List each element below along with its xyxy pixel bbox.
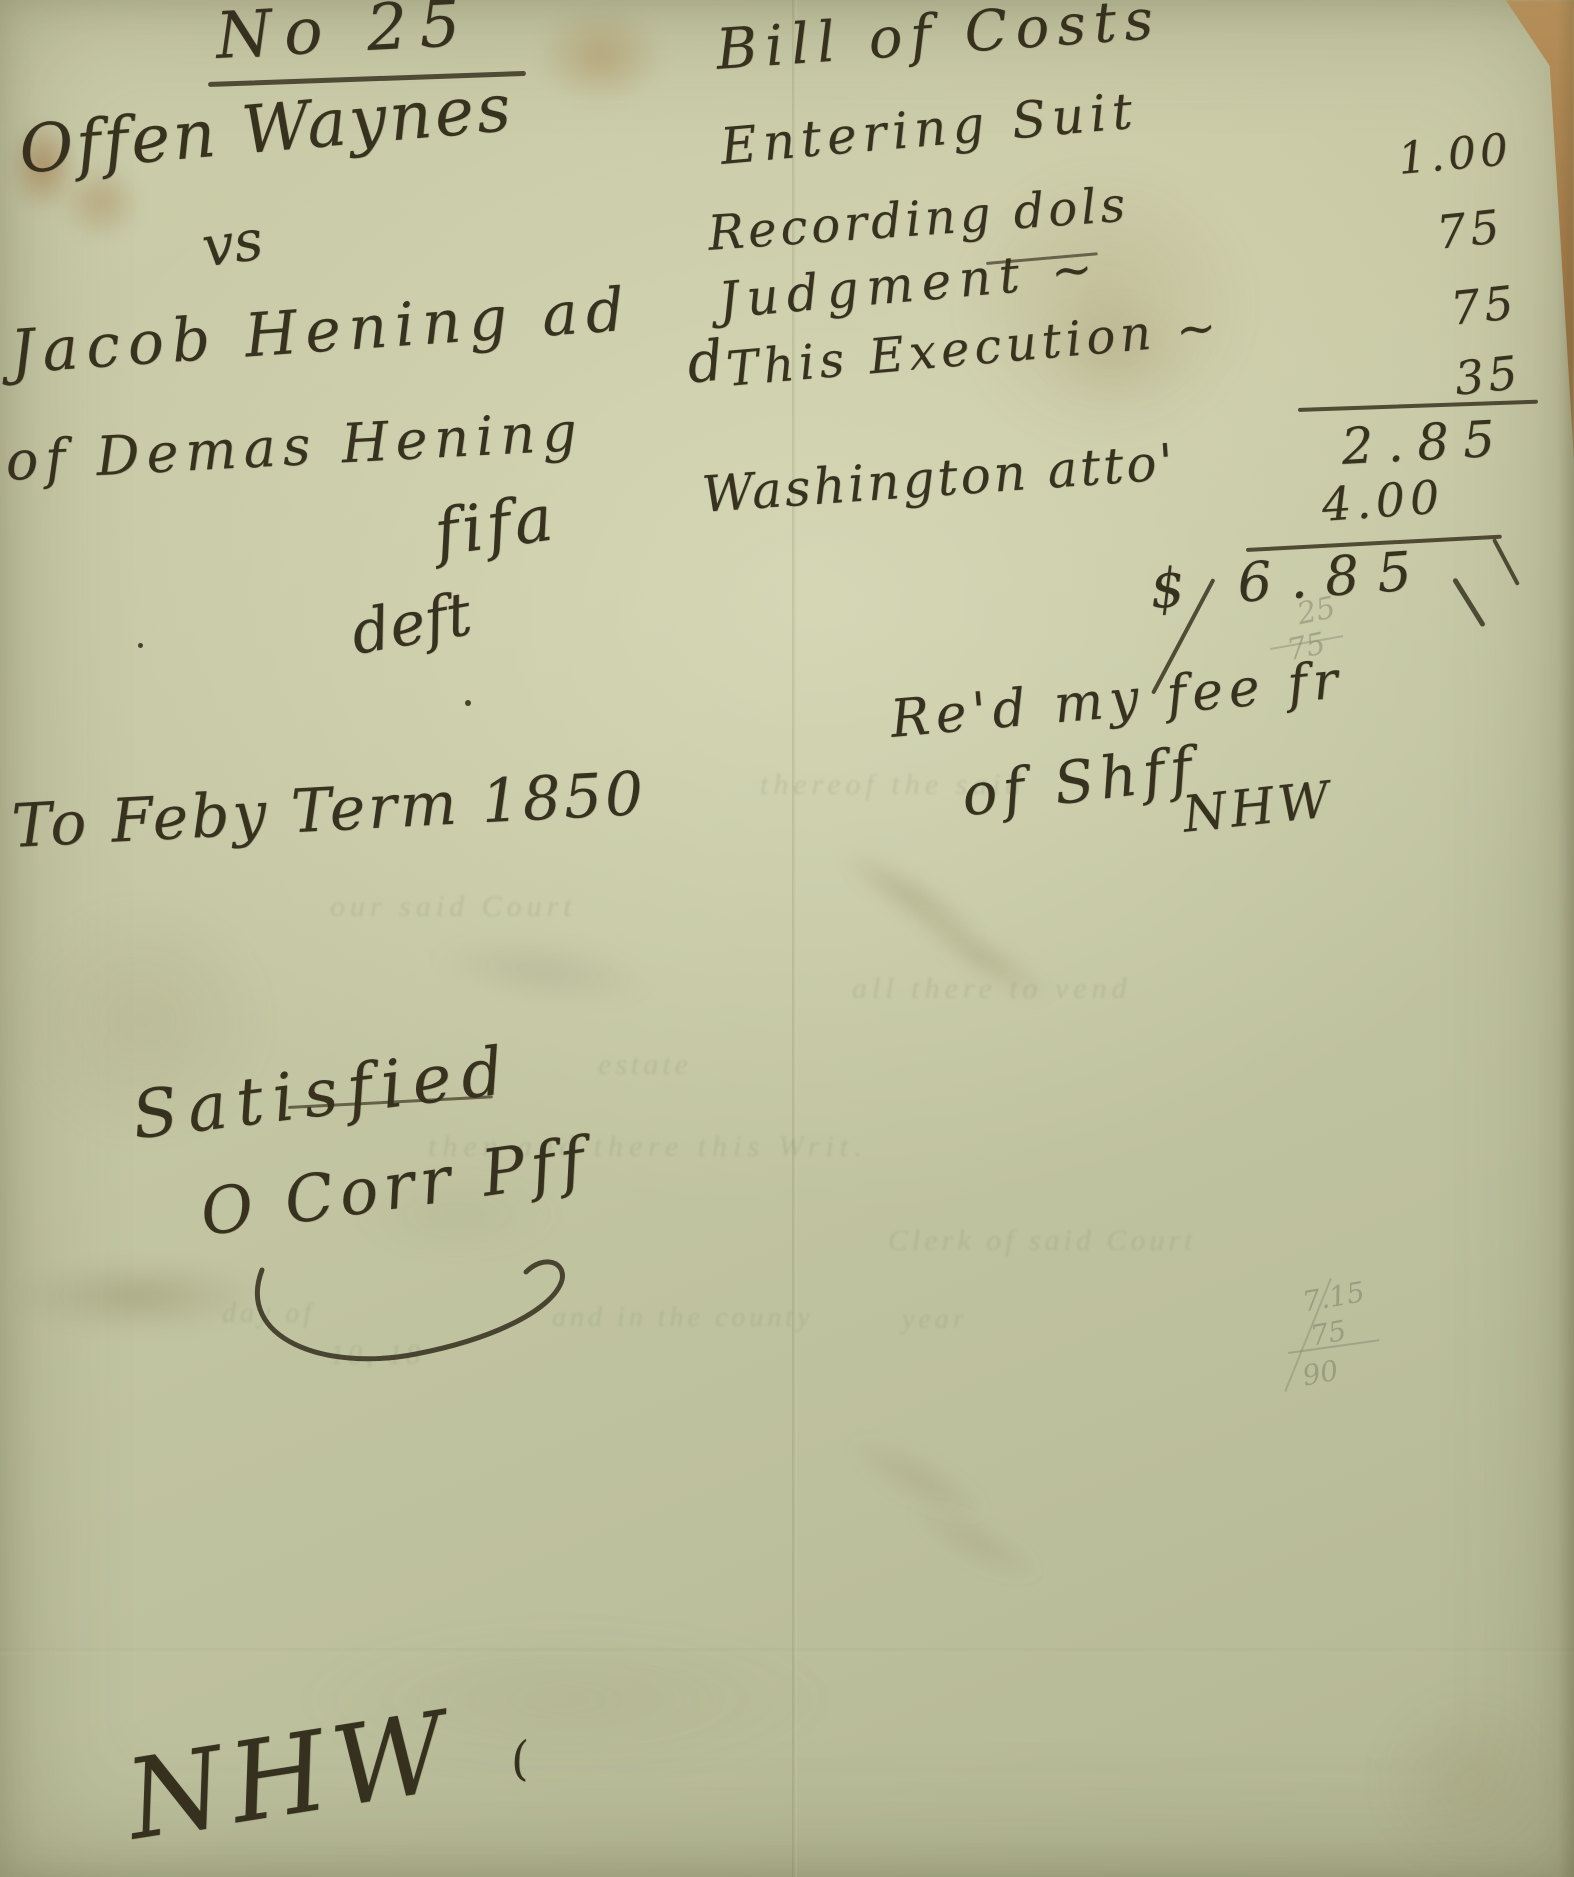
versus-label: vs bbox=[198, 208, 267, 281]
bill-item-amount: 75 bbox=[1434, 199, 1506, 260]
stain bbox=[827, 832, 996, 961]
signature-flourish bbox=[240, 1252, 580, 1392]
ink-dot bbox=[465, 700, 471, 706]
pencil-figure: 7.15 bbox=[1300, 1275, 1367, 1318]
bill-item-amount: 35 bbox=[1452, 345, 1524, 406]
bill-title: Bill of Costs bbox=[714, 0, 1163, 83]
subtotal-amount: 2.85 bbox=[1340, 409, 1510, 476]
stain bbox=[425, 922, 662, 1020]
stain bbox=[836, 1420, 1000, 1537]
total-amount: $ 6.85 bbox=[1148, 538, 1431, 620]
addition-label: Washington atto' bbox=[700, 433, 1178, 524]
total-rule-hook bbox=[1492, 538, 1520, 586]
ink-comma-stroke bbox=[1452, 577, 1486, 627]
bill-item-amount: 75 bbox=[1448, 275, 1520, 336]
bill-item-amount: 1.00 bbox=[1396, 124, 1514, 185]
show-through-text: and in the county bbox=[552, 1302, 814, 1334]
addition-amount: 4.00 bbox=[1320, 469, 1446, 531]
attorney-signature: O Corr Pff bbox=[196, 1123, 595, 1251]
page-edge-shadow bbox=[1558, 0, 1574, 1877]
defendant-name-line2: of Demas Hening bbox=[4, 400, 585, 493]
court-term-line: To Feby Term 1850 bbox=[10, 759, 648, 862]
receipt-note-line1: Re'd my fee fr bbox=[888, 650, 1346, 749]
clerk-initials-bottom: NHW bbox=[118, 1686, 463, 1864]
ink-dot bbox=[138, 643, 143, 648]
show-through-text: all there to vend bbox=[852, 972, 1132, 1006]
stray-letter: d bbox=[684, 328, 726, 396]
sheriff-initials: NHW bbox=[1180, 770, 1336, 843]
receipt-note-line2: of Shff bbox=[958, 733, 1201, 829]
show-through-text: Clerk of said Court bbox=[888, 1224, 1197, 1258]
stain bbox=[536, 6, 666, 106]
case-number: No 25 bbox=[214, 0, 474, 74]
fold-crease-horizontal bbox=[0, 1648, 1574, 1654]
plaintiff-name: Offen Waynes bbox=[16, 69, 517, 189]
show-through-text: our said Court bbox=[330, 890, 577, 924]
writ-type: fifa bbox=[430, 481, 561, 571]
show-through-text: estate bbox=[598, 1048, 692, 1082]
pencil-figure: 25 bbox=[1294, 590, 1339, 632]
party-role: deft bbox=[346, 579, 477, 669]
defendant-name-line1: Jacob Hening ad bbox=[8, 275, 634, 388]
stain bbox=[898, 1487, 1051, 1596]
pencil-figure: 90 bbox=[1300, 1354, 1341, 1393]
bill-item-label: Entering Suit bbox=[718, 81, 1140, 175]
document-photo: thereof the said our said Court all ther… bbox=[0, 0, 1574, 1877]
stain bbox=[1372, 1685, 1572, 1875]
stray-ink-mark: ( bbox=[506, 1731, 533, 1787]
show-through-text: year bbox=[902, 1304, 968, 1336]
